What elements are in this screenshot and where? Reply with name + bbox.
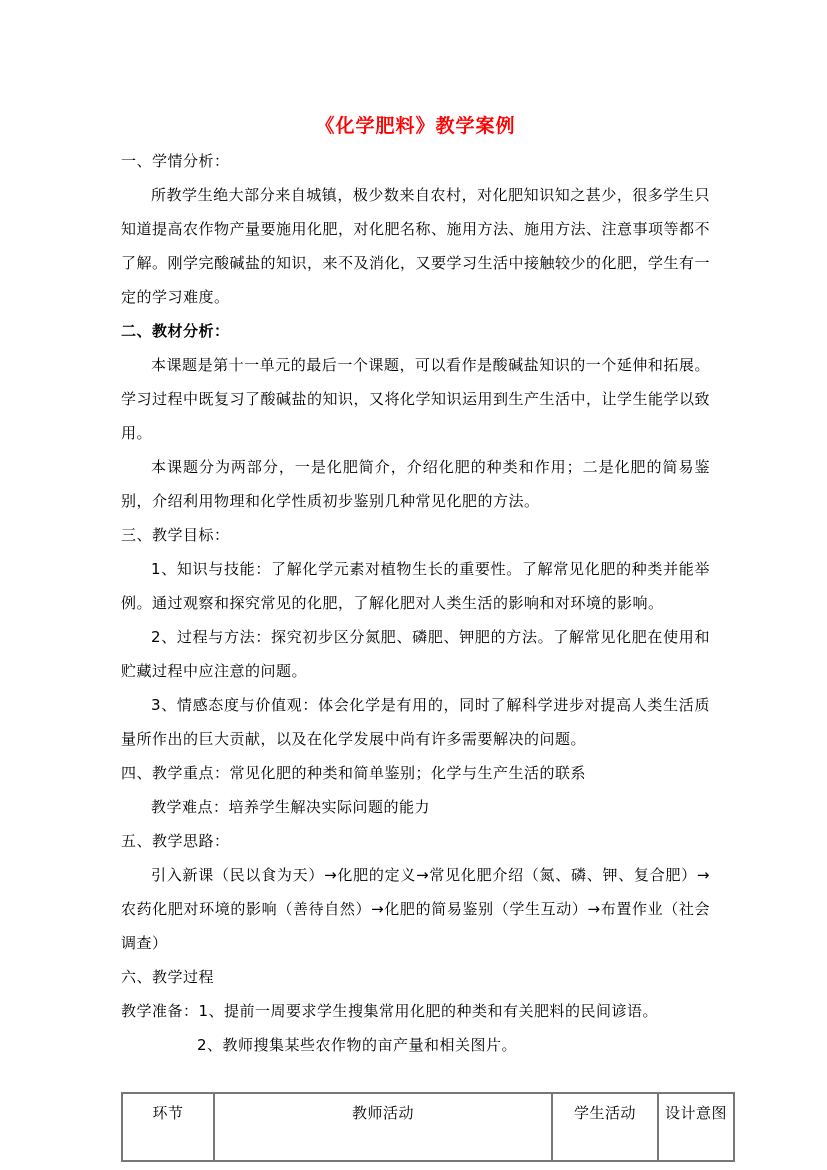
paragraph-learner-analysis: 所教学生绝大部分来自城镇，极少数来自农村，对化肥知识知之甚少，很多学生只知道提高… xyxy=(121,178,710,314)
paragraph-goal-process: 2、过程与方法：探究初步区分氮肥、磷肥、钾肥的方法。了解常见化肥在使用和贮藏过程… xyxy=(121,620,710,688)
section-heading-5: 五、教学思路： xyxy=(121,824,710,858)
paragraph-teaching-flow: 引入新课（民以食为天）→化肥的定义→常见化肥介绍（氮、磷、钾、复合肥）→农药化肥… xyxy=(121,858,710,960)
paragraph-goal-knowledge: 1、知识与技能：了解化学元素对植物生长的重要性。了解常见化肥的种类并能举例。通过… xyxy=(121,552,710,620)
table-header-row: 环节 教师活动 学生活动 设计意图 xyxy=(122,1093,734,1161)
paragraph-goal-attitude: 3、情感态度与价值观：体会化学是有用的，同时了解科学进步对提高人类生活质量所作出… xyxy=(121,688,710,756)
section-heading-2: 二、教材分析： xyxy=(121,314,710,348)
section-heading-6: 六、教学过程 xyxy=(121,960,710,994)
table-header-teacher-activity: 教师活动 xyxy=(214,1093,552,1161)
document-page: 《化学肥料》教学案例 一、学情分析： 所教学生绝大部分来自城镇，极少数来自农村，… xyxy=(0,0,827,1170)
table-header-student-activity: 学生活动 xyxy=(552,1093,658,1161)
paragraph-material-1: 本课题是第十一单元的最后一个课题，可以看作是酸碱盐知识的一个延伸和拓展。学习过程… xyxy=(121,348,710,450)
section-heading-3: 三、教学目标： xyxy=(121,518,710,552)
table-header-design-intent: 设计意图 xyxy=(658,1093,734,1161)
paragraph-difficulty: 教学难点：培养学生解决实际问题的能力 xyxy=(121,790,710,824)
paragraph-preparation-2: 2、教师搜集某些农作物的亩产量和相关图片。 xyxy=(121,1028,710,1062)
table-header-step: 环节 xyxy=(122,1093,214,1161)
paragraph-material-2: 本课题分为两部分，一是化肥简介，介绍化肥的种类和作用；二是化肥的简易鉴别，介绍利… xyxy=(121,450,710,518)
document-title: 《化学肥料》教学案例 xyxy=(121,108,710,144)
section-heading-4: 四、教学重点：常见化肥的种类和简单鉴别；化学与生产生活的联系 xyxy=(121,756,710,790)
paragraph-preparation-1: 教学准备：1、提前一周要求学生搜集常用化肥的种类和有关肥料的民间谚语。 xyxy=(121,994,710,1028)
section-heading-1: 一、学情分析： xyxy=(121,144,710,178)
lesson-plan-table: 环节 教师活动 学生活动 设计意图 xyxy=(121,1092,735,1162)
